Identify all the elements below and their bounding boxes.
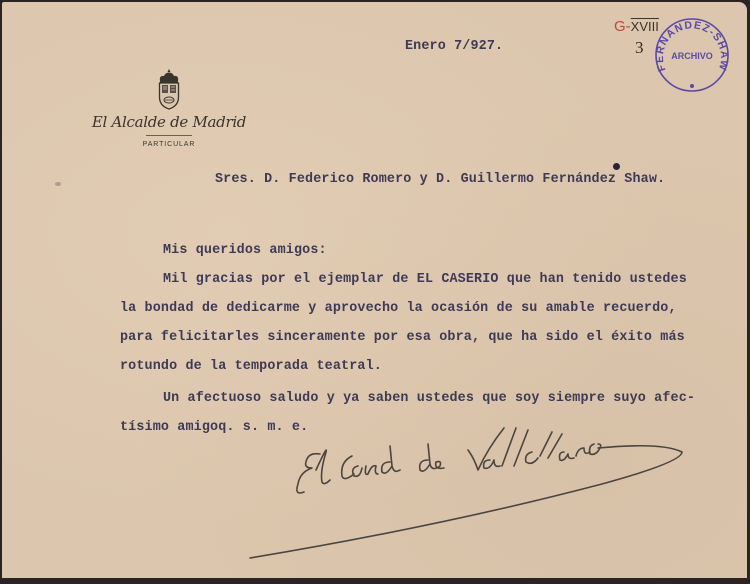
stamp-ring-text: FERNANDEZ-SHAW — [654, 19, 730, 73]
archive-code-prefix: G — [614, 18, 626, 35]
archive-stamp-icon: FERNANDEZ-SHAW ARCHIVO — [653, 16, 731, 94]
letter-body-line: Un afectuoso saludo y ya saben ustedes q… — [163, 392, 695, 405]
letter-date: Enero 7/927. — [405, 40, 503, 53]
letter-body-line: para felicitarles sinceramente por esa o… — [120, 331, 685, 344]
letter-body-line: Mil gracias por el ejemplar de EL CASERI… — [163, 273, 687, 286]
signature: El Conde de Vallellano — [242, 422, 702, 562]
letter-salutation: Mis queridos amigos: — [163, 244, 327, 257]
archive-number: 3 — [635, 38, 644, 58]
letter-body-line: rotundo de la temporada teatral. — [120, 360, 382, 373]
scan-border — [0, 578, 750, 584]
letterhead: El Alcalde de Madrid PARTICULAR — [84, 68, 254, 148]
letterhead-title: El Alcalde de Madrid — [84, 113, 254, 131]
ink-blot — [613, 163, 620, 170]
stamp-center-text: ARCHIVO — [671, 51, 713, 61]
letter-body-line: la bondad de dedicarme y aprovecho la oc… — [120, 302, 677, 315]
letter-paper: El Alcalde de Madrid PARTICULAR G-XVIII … — [2, 2, 747, 580]
madrid-coat-of-arms-icon — [155, 68, 183, 110]
ink-smudge — [55, 182, 61, 186]
svg-text:FERNANDEZ-SHAW: FERNANDEZ-SHAW — [654, 19, 730, 73]
letterhead-divider — [146, 135, 192, 136]
letterhead-subtitle: PARTICULAR — [84, 141, 254, 148]
letter-recipient: Sres. D. Federico Romero y D. Guillermo … — [215, 173, 665, 186]
